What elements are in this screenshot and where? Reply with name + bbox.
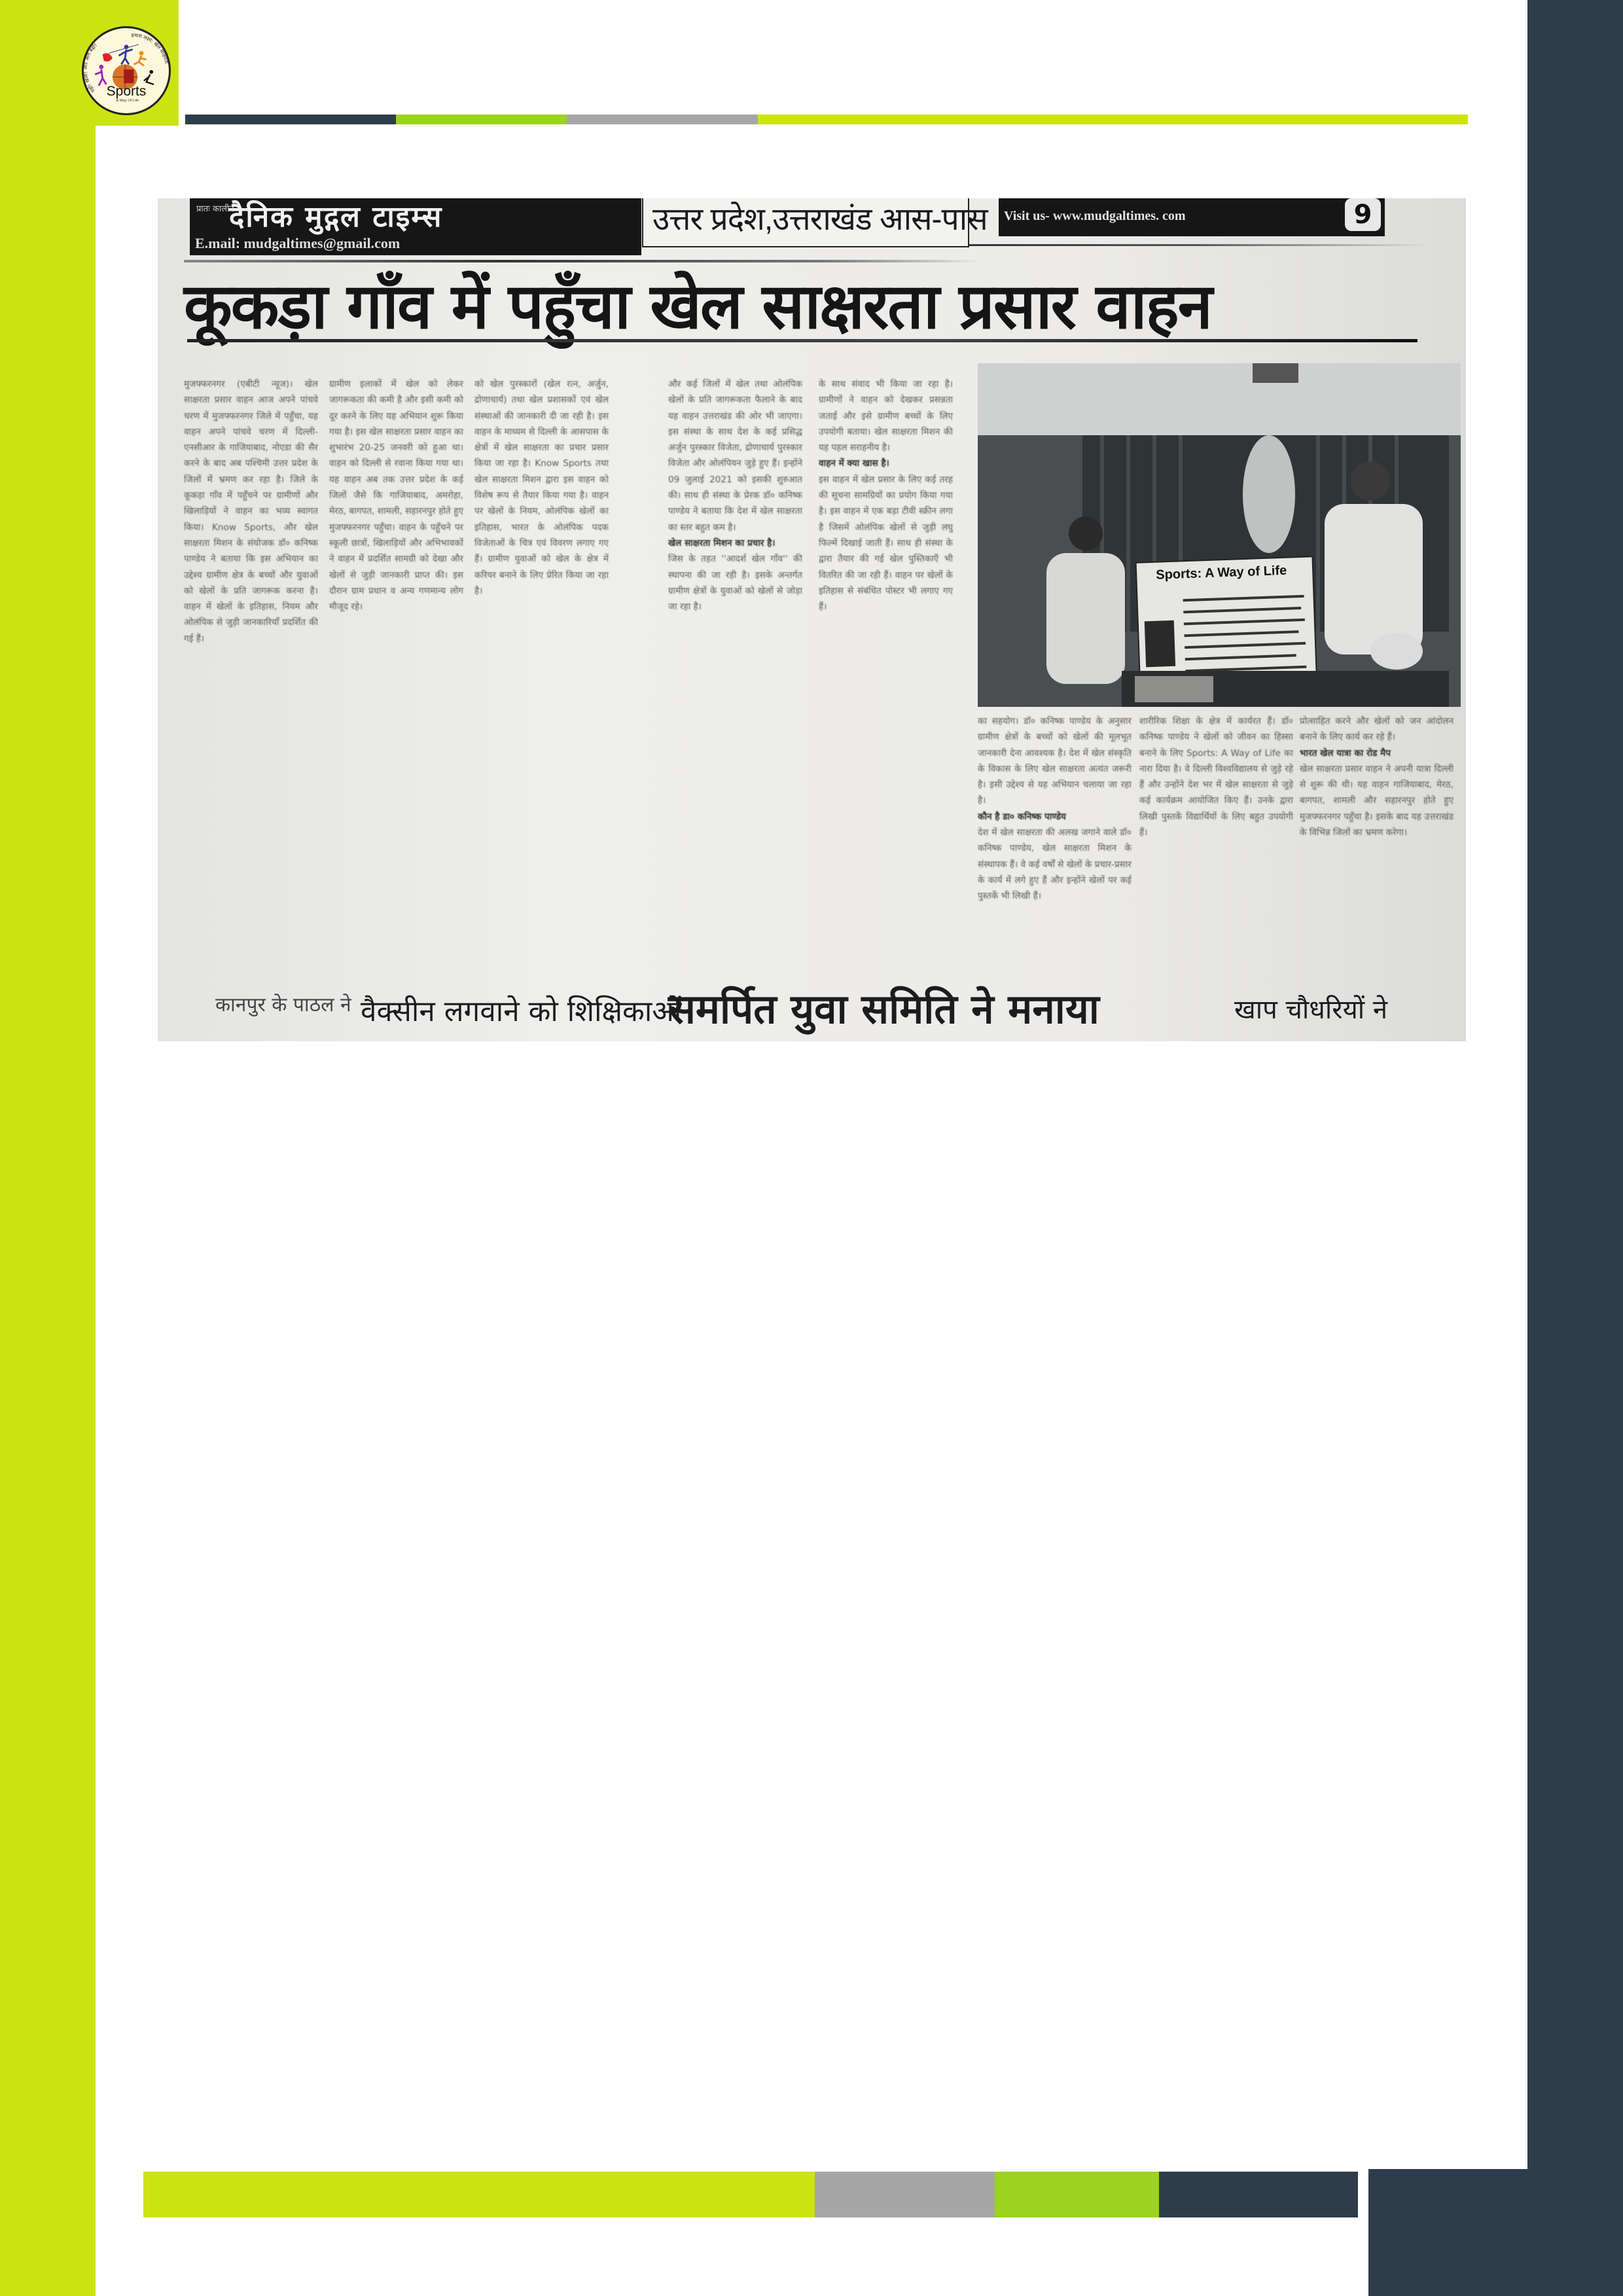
masthead-rule <box>184 260 982 262</box>
sports-logo: पढ़ो! खेलो! और आगे बढ़ो! हमारा लक्ष्य: ख… <box>82 26 171 115</box>
article-column-6: का सहयोग। डॉ० कनिष्क पाण्डेय के अनुसार ग… <box>978 713 1132 1001</box>
header-bar-lime-segment <box>758 115 1468 124</box>
column-subheading: वाहन में क्या खास है। <box>819 456 953 471</box>
bottom-headline-4: खाप चौधरियों ने <box>1234 990 1387 1026</box>
column-text-continued: खेल साक्षरता प्रसार वाहन ने अपनी यात्रा … <box>1300 764 1454 838</box>
masthead-name-box: प्रातः कालीन दैनिक मुद्गल टाइम्स E.mail:… <box>190 198 641 255</box>
page-number: 9 <box>1345 198 1381 231</box>
column-text: प्रोत्साहित करने और खेलों को जन आंदोलन ब… <box>1300 716 1454 742</box>
header-bar-dark-segment <box>185 115 396 124</box>
footer-bar-dark-segment <box>1159 2172 1358 2217</box>
article-column-3: को खेल पुरस्कारों (खेल रत्न, अर्जुन, द्र… <box>474 376 609 965</box>
column-text-continued: देश में खेल साक्षरता की अलख जगाने वाले ड… <box>978 827 1132 901</box>
column-text: ग्रामीण इलाकों में खेल को लेकर जागरूकता … <box>329 379 463 612</box>
column-subheading: खेल साक्षरता मिशन का प्रचार है। <box>668 535 802 551</box>
masthead-website-box: Visit us- www.mudgaltimes. com 9 <box>999 198 1385 236</box>
article-column-1: मुजफ्फरनगर (एबीटी न्यूज)। खेल साक्षरता प… <box>184 376 318 965</box>
column-text: का सहयोग। डॉ० कनिष्क पाण्डेय के अनुसार ग… <box>978 716 1132 806</box>
column-subheading: भारत खेल यात्रा का रोड मैप <box>1300 745 1454 761</box>
photo-image-icon: Sports: A Way of Life <box>978 363 1461 707</box>
column-text-continued: जिस के तहत ''आदर्श खेल गाँव'' की स्थापना… <box>668 554 802 612</box>
header-bar-green-segment <box>396 115 567 124</box>
footer-bar-green-segment <box>995 2172 1159 2217</box>
logo-brand-word: Sports <box>107 84 147 99</box>
bottom-headline-1: कानपुर के पाठल ने <box>215 990 351 1017</box>
article-column-7: शारीरिक शिक्षा के क्षेत्र में कार्यरत है… <box>1139 713 1293 1001</box>
headline-underline <box>187 339 1418 342</box>
column-text: मुजफ्फरनगर (एबीटी न्यूज)। खेल साक्षरता प… <box>184 379 318 644</box>
column-text: शारीरिक शिक्षा के क्षेत्र में कार्यरत है… <box>1139 716 1293 838</box>
bottom-headline-2: वैक्सीन लगवाने को शिक्षिकाओं <box>361 990 681 1030</box>
logo-tagline: A Way Of Life <box>116 99 139 103</box>
column-text-continued: इस वाहन में खेल प्रसार के लिए कई तरह की … <box>819 475 953 612</box>
column-text: और कई जिलों में खेल तथा ओलंपिक खेलों के … <box>668 379 802 533</box>
article-column-8: प्रोत्साहित करने और खेलों को जन आंदोलन ब… <box>1300 713 1454 1001</box>
article-headline: कूकड़ा गाँव में पहुँचा खेल साक्षरता प्रस… <box>184 264 1440 349</box>
newspaper-clipping: प्रातः कालीन दैनिक मुद्गल टाइम्स E.mail:… <box>158 198 1466 1041</box>
bottom-headline-3: समर्पित युवा समिति ने मनाया <box>668 980 1099 1035</box>
header-bar-gray-segment <box>567 115 758 124</box>
dark-right-panel <box>1527 0 1623 2169</box>
masthead-rule-right <box>969 244 1427 246</box>
column-text: को खेल पुरस्कारों (खेल रत्न, अर्जुन, द्र… <box>474 379 609 596</box>
article-column-2: ग्रामीण इलाकों में खेल को लेकर जागरूकता … <box>329 376 463 965</box>
newspaper-region: उत्तर प्रदेश,उत्तराखंड आस-पास <box>652 198 988 240</box>
article-column-4: और कई जिलों में खेल तथा ओलंपिक खेलों के … <box>668 376 802 965</box>
newspaper-website: Visit us- www.mudgaltimes. com <box>1004 209 1186 224</box>
footer-bar-gray-segment <box>815 2172 995 2217</box>
footer-bar-lime-segment <box>143 2172 815 2217</box>
dark-bottom-right-block <box>1368 2169 1623 2296</box>
masthead-region-box: उत्तर प्रदेश,उत्तराखंड आस-पास <box>642 198 969 247</box>
column-subheading: कौन है डा० कनिष्क पाण्डेय <box>978 809 1132 825</box>
article-photo: Sports: A Way of Life <box>978 363 1461 707</box>
article-column-5: के साथ संवाद भी किया जा रहा है। ग्रामीणो… <box>819 376 953 965</box>
newspaper-email: E.mail: mudgaltimes@gmail.com <box>195 235 400 252</box>
newspaper-name: दैनिक मुद्गल टाइम्स <box>229 198 442 235</box>
column-text: के साथ संवाद भी किया जा रहा है। ग्रामीणो… <box>819 379 953 453</box>
lime-left-strip <box>0 126 96 2296</box>
sports-emblem-icon: पढ़ो! खेलो! और आगे बढ़ो! हमारा लक्ष्य: ख… <box>84 28 169 113</box>
